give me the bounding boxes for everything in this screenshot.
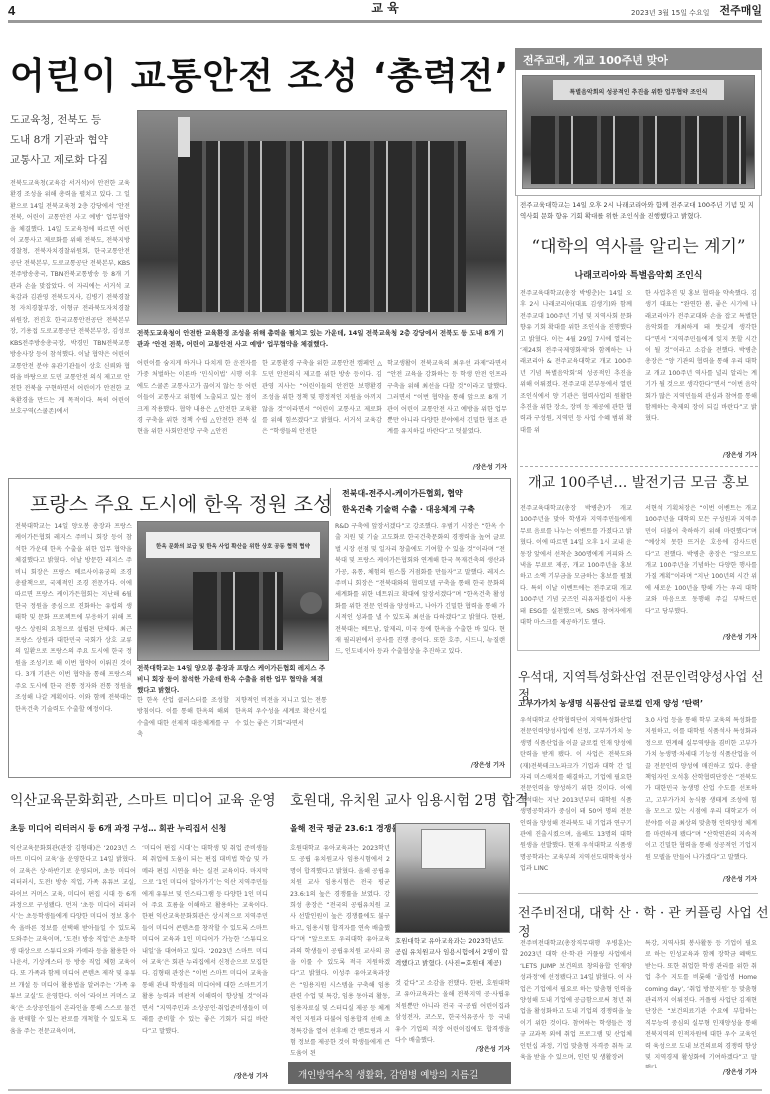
france-headline: 프랑스 주요 도시에 한옥 정원 조성: [30, 488, 332, 517]
france-photo: 한옥 문화의 보급 및 한옥 사업 확산을 위한 상호 공동 협력 협약: [137, 521, 329, 661]
france-photo-banner: 한옥 문화의 보급 및 한옥 사업 확산을 위한 상호 공동 협력 협약: [146, 532, 320, 558]
howon-subhead: 올해 전국 평균 23.6:1 경쟁률: [290, 823, 399, 834]
woosuk-col1: 우석대학교 산학협력단이 지역특성화산업 전문인력양성사업에 선정, 고부가가치…: [520, 715, 632, 885]
newspaper-name: 전주매일: [719, 2, 762, 18]
france-col3: 지향적인 비전을 지니고 있는 전통 한옥의 우수성을 세계로 확산시킬 수 있…: [235, 695, 327, 770]
iksan-byline: /장은성 기자: [142, 1071, 268, 1082]
sidebar-photo-banner: 특별음악회의 성공적인 추진을 위한 업무협약 조인식: [553, 80, 724, 100]
lead-subhead: 도교육청, 전북도 등: [10, 110, 130, 130]
lead-byline: /장은성 기자: [387, 462, 507, 473]
france-photo-caption: 전북대학교는 14일 양오봉 총장과 프랑스 케이가든협회 레지스 주비니 회장…: [137, 663, 329, 696]
jeonju-vision-byline: /장은성 기자: [645, 1067, 757, 1078]
howon-col2: 것 같다”고 소감을 전했다. 한편, 호원대학교 유아교육과는 올해 전북지역…: [395, 978, 510, 1048]
france-subheads: 전북대-전주시-케이가든협회, 협약 한옥건축 기술력 수출 · 대응체계 구축: [342, 486, 475, 518]
howon-headline: 호원대, 유치원 교사 임용시험 2명 합격: [290, 790, 528, 810]
france-photo-people: [193, 572, 283, 650]
woosuk-byline: /장은성 기자: [645, 874, 757, 885]
woosuk-subhead: 고부가가치 농생명 식품산업 글로컬 인재 양성 ‘탄력’: [518, 698, 703, 709]
lead-subheads: 도교육청, 전북도 등 도내 8개 기관과 협약 교통사고 제로화 다짐: [10, 110, 130, 170]
lead-headline: 어린이 교통안전 조성 ‘총력전’: [10, 48, 509, 99]
bottom-rule: [8, 1089, 762, 1091]
iksan-subhead: 초등 미디어 리터러시 등 6개 과정 구성… 회관 누리집서 신청: [10, 823, 226, 834]
france-headline-divider: [330, 488, 331, 516]
sidebar-photo-people: [531, 116, 746, 184]
howon-photo-credit: (사진=호원대 제공): [445, 959, 502, 967]
howon-photo-caption: 호원대학교 유아교육과는 2023학년도 공립 유치원교사 임용시험에서 2명이…: [395, 936, 510, 969]
lead-subhead: 교통사고 제로화 다짐: [10, 150, 130, 170]
jeonju-vision-col1: 전주비전대학교(총장직무대행 우병훈)는 2023년 대학 산·학·관 커플링 …: [520, 938, 632, 1078]
lead-col1: 전북도교육청(교육감 서거석)이 안전한 교육환경 조성을 위해 총력을 펼치고…: [10, 178, 130, 468]
page-header: 4 교 육 2023년 3월 15일 수요일 전주매일: [8, 0, 762, 18]
lead-col4: 학교생활이 전북교육의 최우선 과제”라면서 “안전 교육을 강화하는 등 학생…: [387, 358, 507, 462]
france-col2: 한 한옥 산업 클러스터를 조성할 방침이다. 이를 통해 한옥의 해외 수출에…: [137, 695, 229, 770]
section-name: 교 육: [371, 0, 398, 16]
lead-subhead: 도내 8개 기관과 협약: [10, 130, 130, 150]
howon-col1: 호원대학교 유아교육과는 2023학년도 공립 유치원교사 임용시험에서 2명이…: [290, 843, 390, 1057]
sidebar-photo: 특별음악회의 성공적인 추진을 위한 업무협약 조인식: [522, 75, 755, 189]
issue-date: 2023년 3월 15일 수요일: [631, 8, 709, 18]
jeonju-vision-headline: 전주비전대, 대학 산 · 학 · 관 커플링 사업 선정: [518, 902, 770, 940]
howon-byline: /장은성 기자: [395, 1044, 510, 1055]
iksan-col2: ‘미디어 편집 시대’는 대학생 및 취업 준비생들의 취업에 도움이 되는 편…: [142, 843, 268, 1071]
lead-photo-people: [178, 141, 466, 312]
sidebar-title-bar: 전주교대, 개교 100주년 맞아: [515, 48, 762, 70]
flag-icon: [178, 117, 190, 157]
france-byline: /장은성 기자: [335, 760, 505, 771]
woosuk-divider: [518, 893, 758, 894]
lead-photo-caption: 전북도교육청이 안전한 교육환경 조성을 위해 총력을 펼치고 있는 가운데, …: [137, 328, 507, 350]
howon-photo-screen: [421, 829, 486, 869]
page-number: 4: [8, 3, 15, 18]
jeonju-vision-col2: 특강, 지역사회 봉사활동 등 기업이 필요로 하는 인성교육과 함께 장학금 …: [645, 938, 757, 1068]
iksan-col1: 익산교육문화회관(관장 김형태)은 ‘2023년 스마트 미디어 교육’을 운영…: [10, 843, 136, 1083]
header-rule: [8, 20, 762, 23]
lead-col3: 한 교통환경 구축을 위한 교통안전 캠페인 △도민 안전의식 제고를 위한 방…: [262, 358, 382, 473]
france-col1: 전북대학교는 14일 양오봉 총장과 프랑스 케이가든협회 레지스 주비니 회장…: [15, 521, 132, 771]
lead-col2: 어린이를 숨지게 하거나 다치게 한 운전자를 가중 처벌하는 이른바 ‘민식이…: [137, 358, 257, 473]
sidebar-photo-box: 특별음악회의 성공적인 추진을 위한 업무협약 조인식: [515, 48, 762, 196]
sidebar-frame: [517, 196, 760, 651]
france-col4: R&D 구축에 앞장서겠다”고 강조했다. 우범기 시장은 “한옥 수출 지원 …: [335, 521, 505, 759]
lead-photo: [137, 110, 507, 325]
woosuk-col2: 3.0 사업 등을 통해 학부 교육의 특성화를 지원하고, 이를 대학원 식품…: [645, 715, 757, 875]
howon-photo: [395, 823, 510, 933]
taegeuk-icon: [300, 592, 322, 614]
iksan-headline: 익산교육문화회관, 스마트 미디어 교육 운영: [10, 790, 276, 810]
france-subhead-2: 한옥건축 기술력 수출 · 대응체계 구축: [342, 502, 475, 518]
public-health-banner: 개인방역수칙 생활화, 감염병 예방의 지름길: [288, 1062, 511, 1084]
france-subhead-1: 전북대-전주시-케이가든협회, 협약: [342, 486, 475, 502]
